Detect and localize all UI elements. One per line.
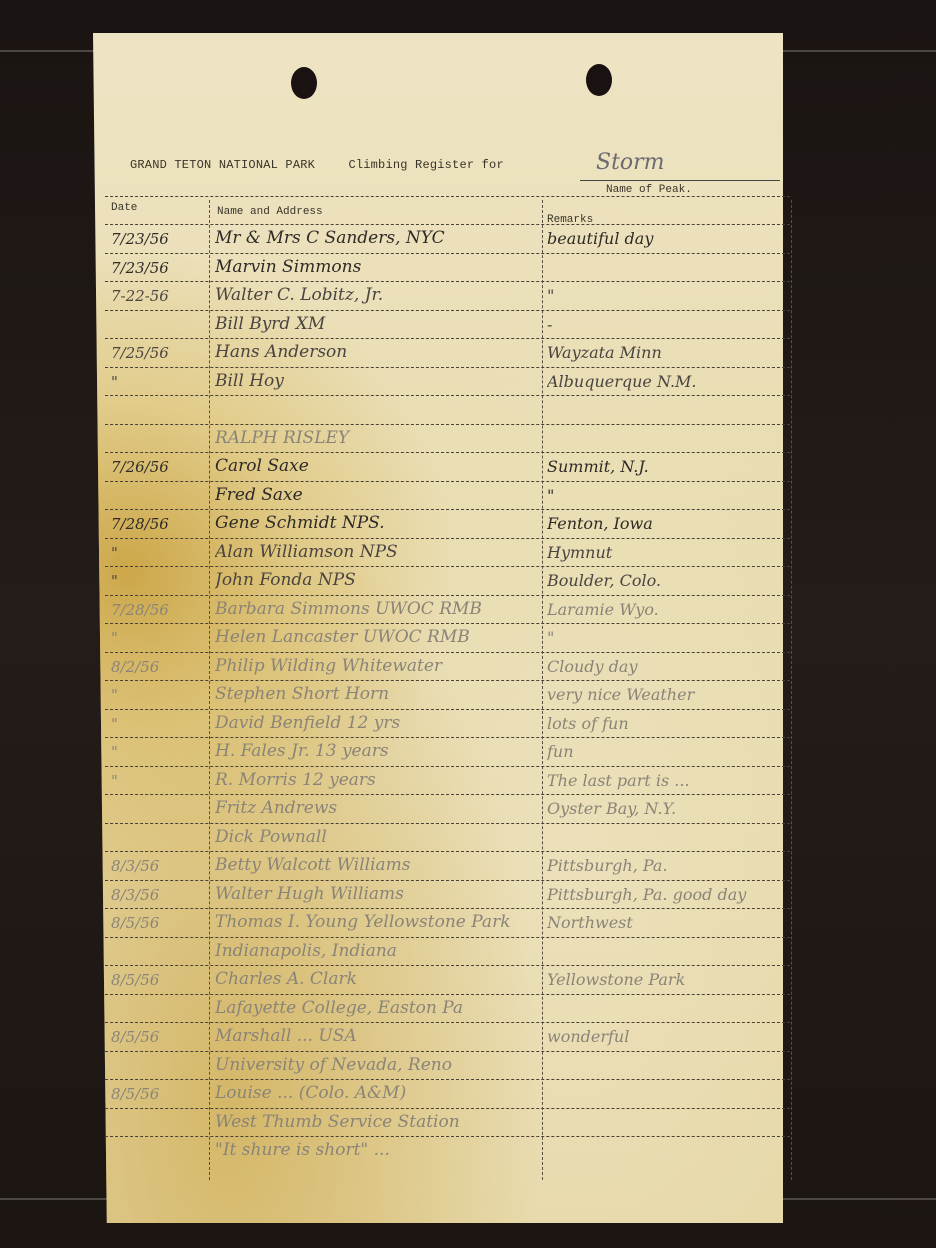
entry-name: Walter C. Lobitz, Jr.: [215, 285, 545, 305]
row-rule: [105, 794, 790, 795]
table-row: 8/5/56Thomas I. Young Yellowstone ParkNo…: [105, 910, 795, 937]
entry-name: Fred Saxe: [215, 485, 545, 505]
table-row: Lafayette College, Easton Pa: [105, 996, 795, 1023]
entry-remark: Yellowstone Park: [547, 970, 792, 989]
entry-date: ": [111, 572, 206, 590]
table-row: 7/26/56Carol SaxeSummit, N.J.: [105, 454, 795, 481]
entry-name: Walter Hugh Williams: [215, 884, 545, 904]
entry-date: ": [111, 629, 206, 647]
park-name: GRAND TETON NATIONAL PARK: [130, 158, 315, 172]
table-row: RALPH RISLEY: [105, 426, 795, 453]
table-row: 8/3/56Walter Hugh WilliamsPittsburgh, Pa…: [105, 882, 795, 909]
entry-remark: Albuquerque N.M.: [547, 372, 792, 391]
entry-date: 7/25/56: [111, 344, 206, 362]
row-rule: [105, 737, 790, 738]
row-rule: [105, 1108, 790, 1109]
row-rule: [105, 509, 790, 510]
entry-remark: very nice Weather: [547, 685, 792, 704]
entry-name: Charles A. Clark: [215, 969, 545, 989]
row-rule: [105, 1136, 790, 1137]
entry-remark: beautiful day: [547, 229, 792, 248]
row-rule: [105, 310, 790, 311]
entry-name: Alan Williamson NPS: [215, 542, 545, 562]
table-row: "Helen Lancaster UWOC RMB": [105, 625, 795, 652]
header-rule: [105, 196, 790, 197]
entry-remark: -: [547, 315, 792, 334]
entry-date: 8/5/56: [111, 914, 206, 932]
entry-name: Thomas I. Young Yellowstone Park: [215, 912, 545, 932]
row-rule: [105, 652, 790, 653]
row-rule: [105, 1079, 790, 1080]
entry-remark: Wayzata Minn: [547, 343, 792, 362]
table-row: University of Nevada, Reno: [105, 1053, 795, 1080]
row-rule: [105, 338, 790, 339]
entry-date: ": [111, 743, 206, 761]
table-row: [105, 397, 795, 424]
row-rule: [105, 937, 790, 938]
table-row: Bill Byrd XM-: [105, 312, 795, 339]
column-name: Name and Address: [217, 206, 323, 218]
entry-name: RALPH RISLEY: [215, 428, 545, 448]
entry-name: University of Nevada, Reno: [215, 1055, 545, 1075]
entry-date: ": [111, 772, 206, 790]
entry-remark: Boulder, Colo.: [547, 571, 792, 590]
entry-date: 7/26/56: [111, 458, 206, 476]
row-rule: [105, 851, 790, 852]
peak-name: Storm: [596, 150, 665, 175]
entry-remark: Fenton, Iowa: [547, 514, 792, 533]
register-label: Climbing Register for: [348, 158, 503, 172]
entry-name: Barbara Simmons UWOC RMB: [215, 599, 545, 619]
entry-remark: lots of fun: [547, 714, 792, 733]
entry-date: ": [111, 715, 206, 733]
table-row: Fritz AndrewsOyster Bay, N.Y.: [105, 796, 795, 823]
entry-remark: Pittsburgh, Pa. good day: [547, 885, 792, 904]
row-rule: [105, 538, 790, 539]
row-rule: [105, 709, 790, 710]
table-row: "H. Fales Jr. 13 yearsfun: [105, 739, 795, 766]
row-rule: [105, 994, 790, 995]
entry-name: Gene Schmidt NPS.: [215, 513, 545, 533]
entry-name: "It shure is short" ...: [215, 1140, 545, 1160]
table-row: Dick Pownall: [105, 825, 795, 852]
peak-underline: [580, 180, 780, 181]
row-rule: [105, 965, 790, 966]
entry-date: ": [111, 686, 206, 704]
table-row: "John Fonda NPSBoulder, Colo.: [105, 568, 795, 595]
row-rule: [105, 823, 790, 824]
entry-date: 8/5/56: [111, 1028, 206, 1046]
entry-date: 7/23/56: [111, 259, 206, 277]
entry-name: Mr & Mrs C Sanders, NYC: [215, 228, 545, 248]
entry-name: Lafayette College, Easton Pa: [215, 998, 545, 1018]
entry-name: H. Fales Jr. 13 years: [215, 741, 545, 761]
entry-remark: ": [547, 286, 792, 305]
entry-remark: wonderful: [547, 1027, 792, 1046]
entry-name: West Thumb Service Station: [215, 1112, 545, 1132]
entry-name: Betty Walcott Williams: [215, 855, 545, 875]
entry-remark: ": [547, 486, 792, 505]
row-rule: [105, 281, 790, 282]
punch-hole: [291, 67, 317, 99]
table-row: 7/23/56Marvin Simmons: [105, 255, 795, 282]
entry-remark: ": [547, 628, 792, 647]
row-rule: [105, 595, 790, 596]
entry-name: Philip Wilding Whitewater: [215, 656, 545, 676]
table-row: "Bill HoyAlbuquerque N.M.: [105, 369, 795, 396]
entry-name: Marvin Simmons: [215, 257, 545, 277]
entry-date: 7/28/56: [111, 601, 206, 619]
table-row: 7/23/56Mr & Mrs C Sanders, NYCbeautiful …: [105, 226, 795, 253]
row-rule: [105, 566, 790, 567]
entry-remark: Cloudy day: [547, 657, 792, 676]
entry-name: R. Morris 12 years: [215, 770, 545, 790]
table-row: "R. Morris 12 yearsThe last part is ...: [105, 768, 795, 795]
peak-caption: Name of Peak.: [606, 184, 692, 196]
table-row: West Thumb Service Station: [105, 1110, 795, 1137]
table-row: 7-22-56Walter C. Lobitz, Jr.": [105, 283, 795, 310]
entry-remark: Northwest: [547, 913, 792, 932]
entry-remark: fun: [547, 742, 792, 761]
entry-name: Louise ... (Colo. A&M): [215, 1083, 545, 1103]
column-date: Date: [111, 202, 137, 214]
row-rule: [105, 224, 790, 225]
table-row: 7/28/56Barbara Simmons UWOC RMBLaramie W…: [105, 597, 795, 624]
row-rule: [105, 452, 790, 453]
table-row: "It shure is short" ...: [105, 1138, 795, 1165]
entry-date: 8/3/56: [111, 857, 206, 875]
row-rule: [105, 766, 790, 767]
entry-date: 7/28/56: [111, 515, 206, 533]
entry-date: ": [111, 373, 206, 391]
entry-date: 8/3/56: [111, 886, 206, 904]
entry-name: Carol Saxe: [215, 456, 545, 476]
row-rule: [105, 481, 790, 482]
entry-name: Fritz Andrews: [215, 798, 545, 818]
entry-remark: Summit, N.J.: [547, 457, 792, 476]
table-row: "Alan Williamson NPSHymnut: [105, 540, 795, 567]
table-row: 8/5/56Louise ... (Colo. A&M): [105, 1081, 795, 1108]
table-row: 8/5/56Marshall ... USAwonderful: [105, 1024, 795, 1051]
row-rule: [105, 253, 790, 254]
table-row: 8/5/56Charles A. ClarkYellowstone Park: [105, 967, 795, 994]
table-row: "Stephen Short Hornvery nice Weather: [105, 682, 795, 709]
entry-name: David Benfield 12 yrs: [215, 713, 545, 733]
table-row: 7/25/56Hans AndersonWayzata Minn: [105, 340, 795, 367]
entry-remark: Pittsburgh, Pa.: [547, 856, 792, 875]
row-rule: [105, 623, 790, 624]
entry-date: ": [111, 544, 206, 562]
entry-date: 8/5/56: [111, 1085, 206, 1103]
entry-remark: The last part is ...: [547, 771, 792, 790]
entry-name: Bill Byrd XM: [215, 314, 545, 334]
row-rule: [105, 395, 790, 396]
entry-name: Helen Lancaster UWOC RMB: [215, 627, 545, 647]
table-row: 7/28/56Gene Schmidt NPS.Fenton, Iowa: [105, 511, 795, 538]
entry-name: Bill Hoy: [215, 371, 545, 391]
register-table: Date Name and Address Remarks 7/23/56Mr …: [105, 200, 795, 1190]
entry-remark: Laramie Wyo.: [547, 600, 792, 619]
entry-name: Stephen Short Horn: [215, 684, 545, 704]
entry-name: Indianapolis, Indiana: [215, 941, 545, 961]
row-rule: [105, 1022, 790, 1023]
entry-date: 8/2/56: [111, 658, 206, 676]
row-rule: [105, 680, 790, 681]
punch-hole: [586, 64, 612, 96]
entry-date: 8/5/56: [111, 971, 206, 989]
row-rule: [105, 880, 790, 881]
entry-remark: Hymnut: [547, 543, 792, 562]
entry-remark: Oyster Bay, N.Y.: [547, 799, 792, 818]
register-header: GRAND TETON NATIONAL PARK Climbing Regis…: [130, 158, 504, 172]
table-row: 8/2/56Philip Wilding WhitewaterCloudy da…: [105, 654, 795, 681]
entry-name: Hans Anderson: [215, 342, 545, 362]
row-rule: [105, 367, 790, 368]
row-rule: [105, 908, 790, 909]
row-rule: [105, 424, 790, 425]
entry-name: John Fonda NPS: [215, 570, 545, 590]
row-rule: [105, 1051, 790, 1052]
entry-date: 7-22-56: [111, 287, 206, 305]
entry-name: Dick Pownall: [215, 827, 545, 847]
entry-date: 7/23/56: [111, 230, 206, 248]
table-row: 8/3/56Betty Walcott WilliamsPittsburgh, …: [105, 853, 795, 880]
table-row: Fred Saxe": [105, 483, 795, 510]
table-row: Indianapolis, Indiana: [105, 939, 795, 966]
table-row: "David Benfield 12 yrslots of fun: [105, 711, 795, 738]
entry-name: Marshall ... USA: [215, 1026, 545, 1046]
